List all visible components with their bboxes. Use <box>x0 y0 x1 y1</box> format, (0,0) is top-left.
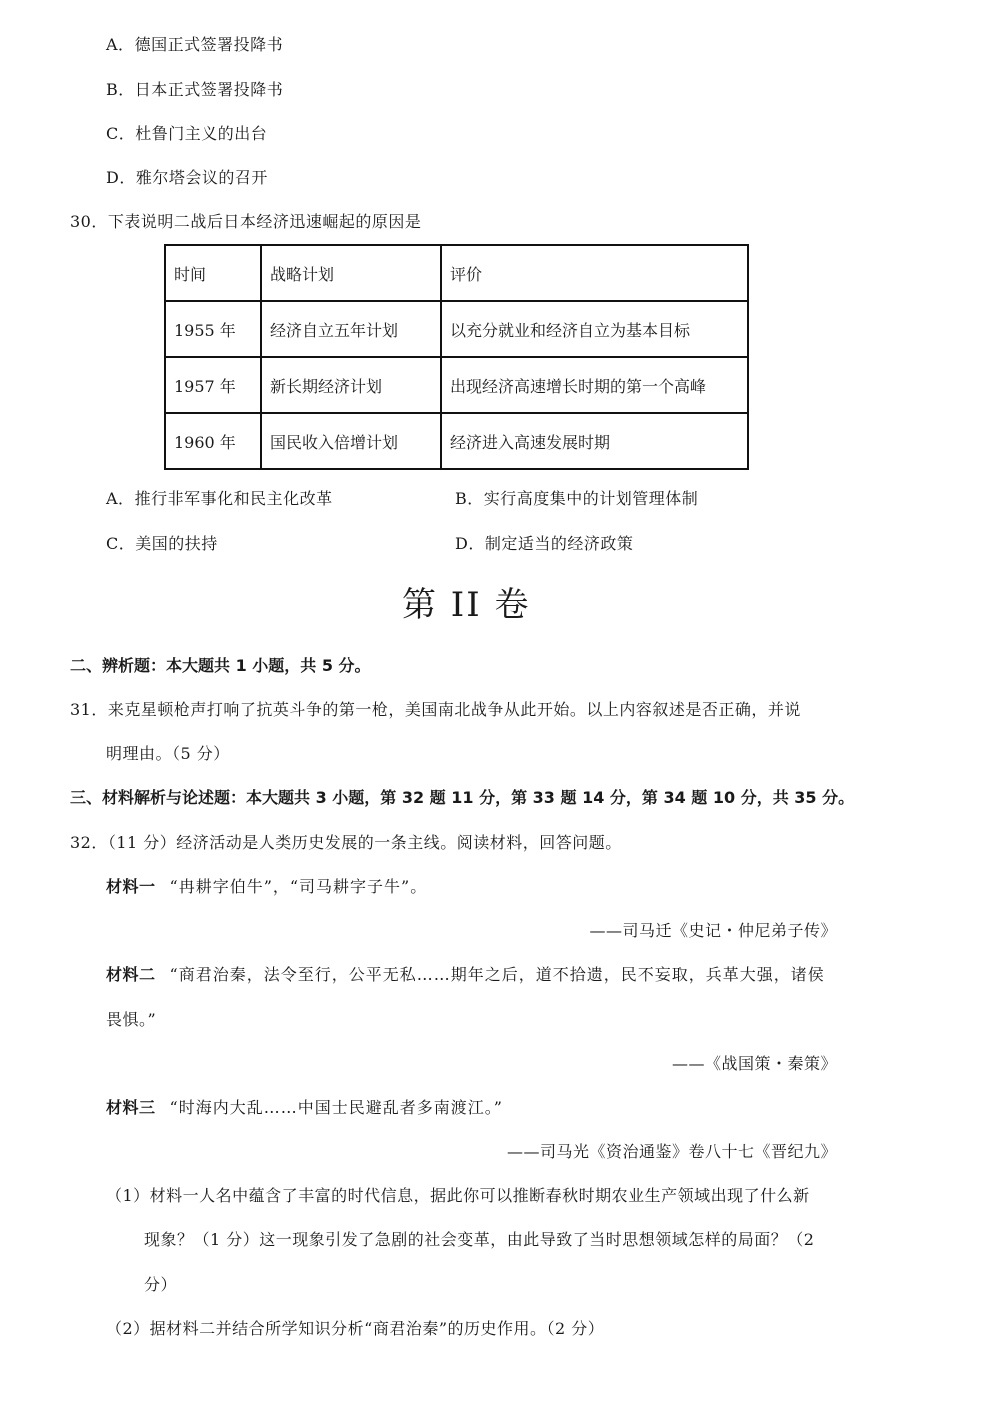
table-cell: 1960 年 <box>165 413 261 469</box>
material-2-source: ——《战国策・秦策》 <box>672 1056 837 1072</box>
option-letter: C． <box>106 124 135 143</box>
option-letter: D． <box>106 168 136 187</box>
option-letter: B． <box>106 80 135 99</box>
q30-option-c: C．美国的扶持 <box>106 536 218 552</box>
material-1: 材料一“冉耕字伯牛”，“司马耕字子牛”。 <box>106 879 427 895</box>
option-text: 美国的扶持 <box>135 534 218 553</box>
q29-option-b: B．日本正式签署投降书 <box>106 82 283 98</box>
q31-text-line1: 31．来克星顿枪声打响了抗英斗争的第一枪，美国南北战争从此开始。以上内容叙述是否… <box>70 702 801 718</box>
table-row: 1955 年 经济自立五年计划 以充分就业和经济自立为基本目标 <box>165 301 748 357</box>
option-letter: D． <box>455 534 485 553</box>
table-header-cell: 战略计划 <box>261 245 441 301</box>
q31-text-line2: 明理由。（5 分） <box>106 746 230 762</box>
sub-question-1-line3: 分） <box>144 1277 177 1293</box>
sub-question-1-line1: （1）材料一人名中蕴含了丰富的时代信息，据此你可以推断春秋时期农业生产领域出现了… <box>106 1188 810 1204</box>
material-label: 材料一 <box>106 877 156 896</box>
option-letter: B． <box>455 489 484 508</box>
table-cell: 出现经济高速增长时期的第一个高峰 <box>441 357 748 413</box>
q32-stem: 32．（11 分）经济活动是人类历史发展的一条主线。阅读材料，回答问题。 <box>70 835 622 851</box>
option-text: 制定适当的经济政策 <box>485 534 634 553</box>
material-label: 材料三 <box>106 1098 156 1117</box>
table-cell: 国民收入倍增计划 <box>261 413 441 469</box>
material-label: 材料二 <box>106 965 156 984</box>
material-2: 材料二“商君治秦，法令至行，公平无私……期年之后，道不拾遗，民不妄取，兵革大强，… <box>106 967 825 983</box>
table-header-cell: 评价 <box>441 245 748 301</box>
table-cell: 经济自立五年计划 <box>261 301 441 357</box>
option-letter: C． <box>106 534 135 553</box>
material-1-source: ——司马迁《史记・仲尼弟子传》 <box>589 923 837 939</box>
option-text: 杜鲁门主义的出台 <box>135 124 267 143</box>
option-letter: A． <box>106 35 135 54</box>
section-3-heading: 三、材料解析与论述题：本大题共 3 小题，第 32 题 11 分，第 33 题 … <box>70 790 854 806</box>
table-cell: 新长期经济计划 <box>261 357 441 413</box>
economic-plan-table: 时间 战略计划 评价 1955 年 经济自立五年计划 以充分就业和经济自立为基本… <box>164 244 749 470</box>
q30-option-a: A．推行非军事化和民主化改革 <box>106 491 333 507</box>
table-header-row: 时间 战略计划 评价 <box>165 245 748 301</box>
material-quote: “冉耕字伯牛”，“司马耕字子牛”。 <box>170 877 428 896</box>
sub-question-1-line2: 现象？（1 分）这一现象引发了急剧的社会变革，由此导致了当时思想领域怎样的局面？… <box>144 1232 814 1248</box>
q29-option-a: A．德国正式签署投降书 <box>106 37 283 53</box>
option-text: 日本正式签署投降书 <box>135 80 284 99</box>
q30-option-b: B．实行高度集中的计划管理体制 <box>455 491 698 507</box>
volume-title: 第 II 卷 <box>402 588 530 622</box>
option-text: 雅尔塔会议的召开 <box>136 168 268 187</box>
material-3-source: ——司马光《资治通鉴》卷八十七《晋纪九》 <box>507 1144 837 1160</box>
q29-option-d: D．雅尔塔会议的召开 <box>106 170 268 186</box>
q30-stem: 30．下表说明二战后日本经济迅速崛起的原因是 <box>70 214 421 230</box>
q30-option-d: D．制定适当的经济政策 <box>455 536 633 552</box>
table-cell: 1955 年 <box>165 301 261 357</box>
table-row: 1957 年 新长期经济计划 出现经济高速增长时期的第一个高峰 <box>165 357 748 413</box>
q29-option-c: C．杜鲁门主义的出台 <box>106 126 267 142</box>
option-letter: A． <box>106 489 135 508</box>
option-text: 德国正式签署投降书 <box>135 35 284 54</box>
option-text: 实行高度集中的计划管理体制 <box>484 489 699 508</box>
table-header-cell: 时间 <box>165 245 261 301</box>
material-quote: “时海内大乱……中国士民避乱者多南渡江。” <box>170 1098 503 1117</box>
table-cell: 经济进入高速发展时期 <box>441 413 748 469</box>
material-2-continuation: 畏惧。” <box>106 1012 156 1028</box>
option-text: 推行非军事化和民主化改革 <box>135 489 333 508</box>
sub-question-2: （2）据材料二并结合所学知识分析“商君治秦”的历史作用。（2 分） <box>106 1321 604 1337</box>
table-cell: 1957 年 <box>165 357 261 413</box>
material-quote: “商君治秦，法令至行，公平无私……期年之后，道不拾遗，民不妄取，兵革大强，诸侯 <box>170 965 825 984</box>
material-3: 材料三“时海内大乱……中国士民避乱者多南渡江。” <box>106 1100 503 1116</box>
table-cell: 以充分就业和经济自立为基本目标 <box>441 301 748 357</box>
table-row: 1960 年 国民收入倍增计划 经济进入高速发展时期 <box>165 413 748 469</box>
section-2-heading: 二、辨析题：本大题共 1 小题，共 5 分。 <box>70 658 371 674</box>
